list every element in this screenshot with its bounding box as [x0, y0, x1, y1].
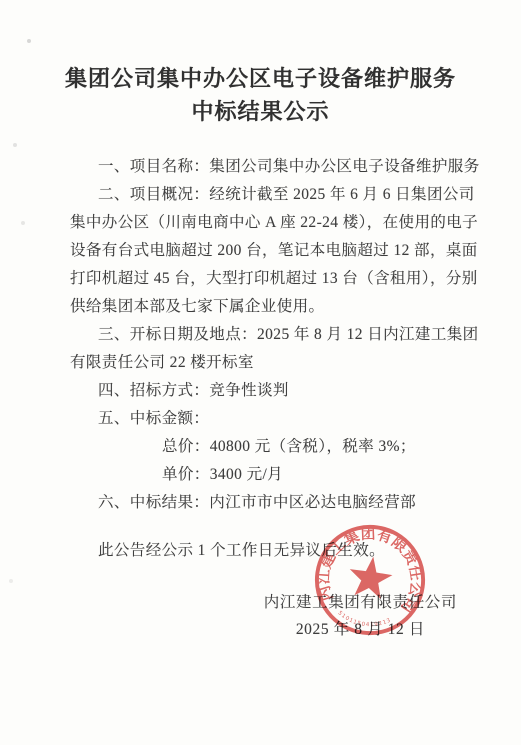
body-line: 有限责任公司 22 楼开标室 — [70, 349, 457, 377]
body-line: 二、项目概况：经统计截至 2025 年 6 月 6 日集团公司 — [70, 181, 457, 209]
body-line: 单价：3400 元/月 — [70, 461, 457, 489]
body-line: 总价：40800 元（含税），税率 3%； — [70, 433, 457, 461]
signature-block: 内江建工集团有限责任公司 2025 年 8 月 12 日 — [264, 589, 457, 643]
body-line: 打印机超过 45 台，大型打印机超过 13 台（含租用），分别 — [70, 265, 457, 293]
title-line-2: 中标结果公示 — [58, 95, 463, 128]
body-line: 一、项目名称：集团公司集中办公区电子设备维护服务 — [70, 153, 457, 181]
body-line: 三、开标日期及地点：2025 年 8 月 12 日内江建工集团 — [70, 321, 457, 349]
scan-artifacts — [0, 0, 2, 2]
body-line: 设备有台式电脑超过 200 台，笔记本电脑超过 12 部，桌面 — [70, 237, 457, 265]
body-line: 四、招标方式：竞争性谈判 — [70, 377, 457, 405]
document-body: 一、项目名称：集团公司集中办公区电子设备维护服务二、项目概况：经统计截至 202… — [70, 153, 457, 565]
body-line: 五、中标金额： — [70, 405, 457, 433]
body-line: 供给集团本部及七家下属企业使用。 — [70, 293, 457, 321]
document-page: 集团公司集中办公区电子设备维护服务 中标结果公示 一、项目名称：集团公司集中办公… — [0, 0, 521, 745]
signature-date: 2025 年 8 月 12 日 — [264, 616, 457, 643]
body-line: 六、中标结果：内江市市中区必达电脑经营部 — [70, 489, 457, 517]
body-line: 此公告经公示 1 个工作日无异议后生效。 — [70, 537, 457, 565]
body-line: 集中办公区（川南电商中心 A 座 22-24 楼），在使用的电子 — [70, 209, 457, 237]
signature-company: 内江建工集团有限责任公司 — [264, 589, 457, 616]
document-title: 集团公司集中办公区电子设备维护服务 中标结果公示 — [58, 62, 463, 128]
title-line-1: 集团公司集中办公区电子设备维护服务 — [58, 62, 463, 95]
